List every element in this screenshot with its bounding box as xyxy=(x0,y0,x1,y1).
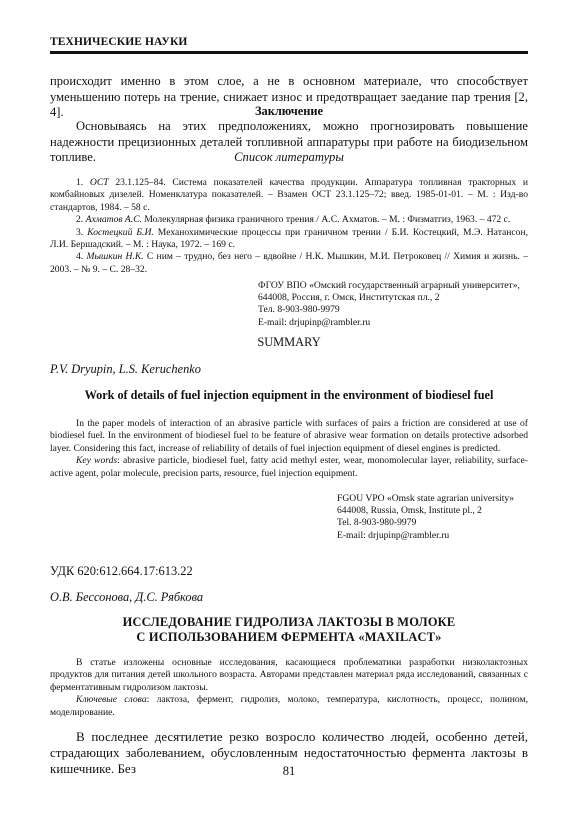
reference-author: Ахматов А.С. xyxy=(86,214,142,225)
reference-author: ОСТ xyxy=(90,177,109,188)
summary-abstract-block: In the paper models of interaction of an… xyxy=(50,418,528,480)
summary-title: Work of details of fuel injection equipm… xyxy=(50,388,528,403)
article-abstract-block: В статье изложены основные исследования,… xyxy=(50,657,528,719)
affiliation-ru: ФГОУ ВПО «Омский государственный аграрны… xyxy=(258,280,538,329)
reference-author: Мышкин Н.К. xyxy=(86,251,143,262)
reference-item: 3. Костецкий Б.И. Механохимические проце… xyxy=(50,227,528,252)
reference-item: 2. Ахматов А.С. Молекулярная физика гран… xyxy=(50,214,528,226)
conclusion-heading: Заключение xyxy=(50,104,528,119)
page-number: 81 xyxy=(50,764,528,779)
email-en: E-mail: drjupinp@rambler.ru xyxy=(337,530,537,542)
reference-item: 4. Мышкин Н.К. С ним – трудно, без него … xyxy=(50,251,528,276)
running-head: ТЕХНИЧЕСКИЕ НАУКИ xyxy=(50,36,187,48)
article-keywords: Ключевые слова: лактоза, фермент, гидрол… xyxy=(50,694,528,719)
affiliation-en: FGOU VPO «Omsk state agrarian university… xyxy=(337,493,537,542)
article-title: ИССЛЕДОВАНИЕ ГИДРОЛИЗА ЛАКТОЗЫ В МОЛОКЕ … xyxy=(50,615,528,645)
summary-authors: P.V. Dryupin, L.S. Keruchenko xyxy=(50,362,528,377)
article-authors: О.В. Бессонова, Д.С. Рябкова xyxy=(50,590,528,605)
udc-code: УДК 620:612.664.17:613.22 xyxy=(50,564,528,579)
references-heading: Список литературы xyxy=(50,150,528,165)
reference-author: Костецкий Б.И. xyxy=(87,227,154,238)
reference-list: 1. ОСТ 23.1.125–84. Система показателей … xyxy=(50,177,528,276)
summary-abstract: In the paper models of interaction of an… xyxy=(50,418,528,455)
header-rule xyxy=(50,51,528,54)
article-abstract: В статье изложены основные исследования,… xyxy=(50,657,528,694)
summary-keywords: Key words: abrasive particle, biodiesel … xyxy=(50,455,528,480)
reference-item: 1. ОСТ 23.1.125–84. Система показателей … xyxy=(50,177,528,214)
summary-heading: SUMMARY xyxy=(50,335,528,350)
email-ru: E-mail: drjupinp@rambler.ru xyxy=(258,317,538,329)
